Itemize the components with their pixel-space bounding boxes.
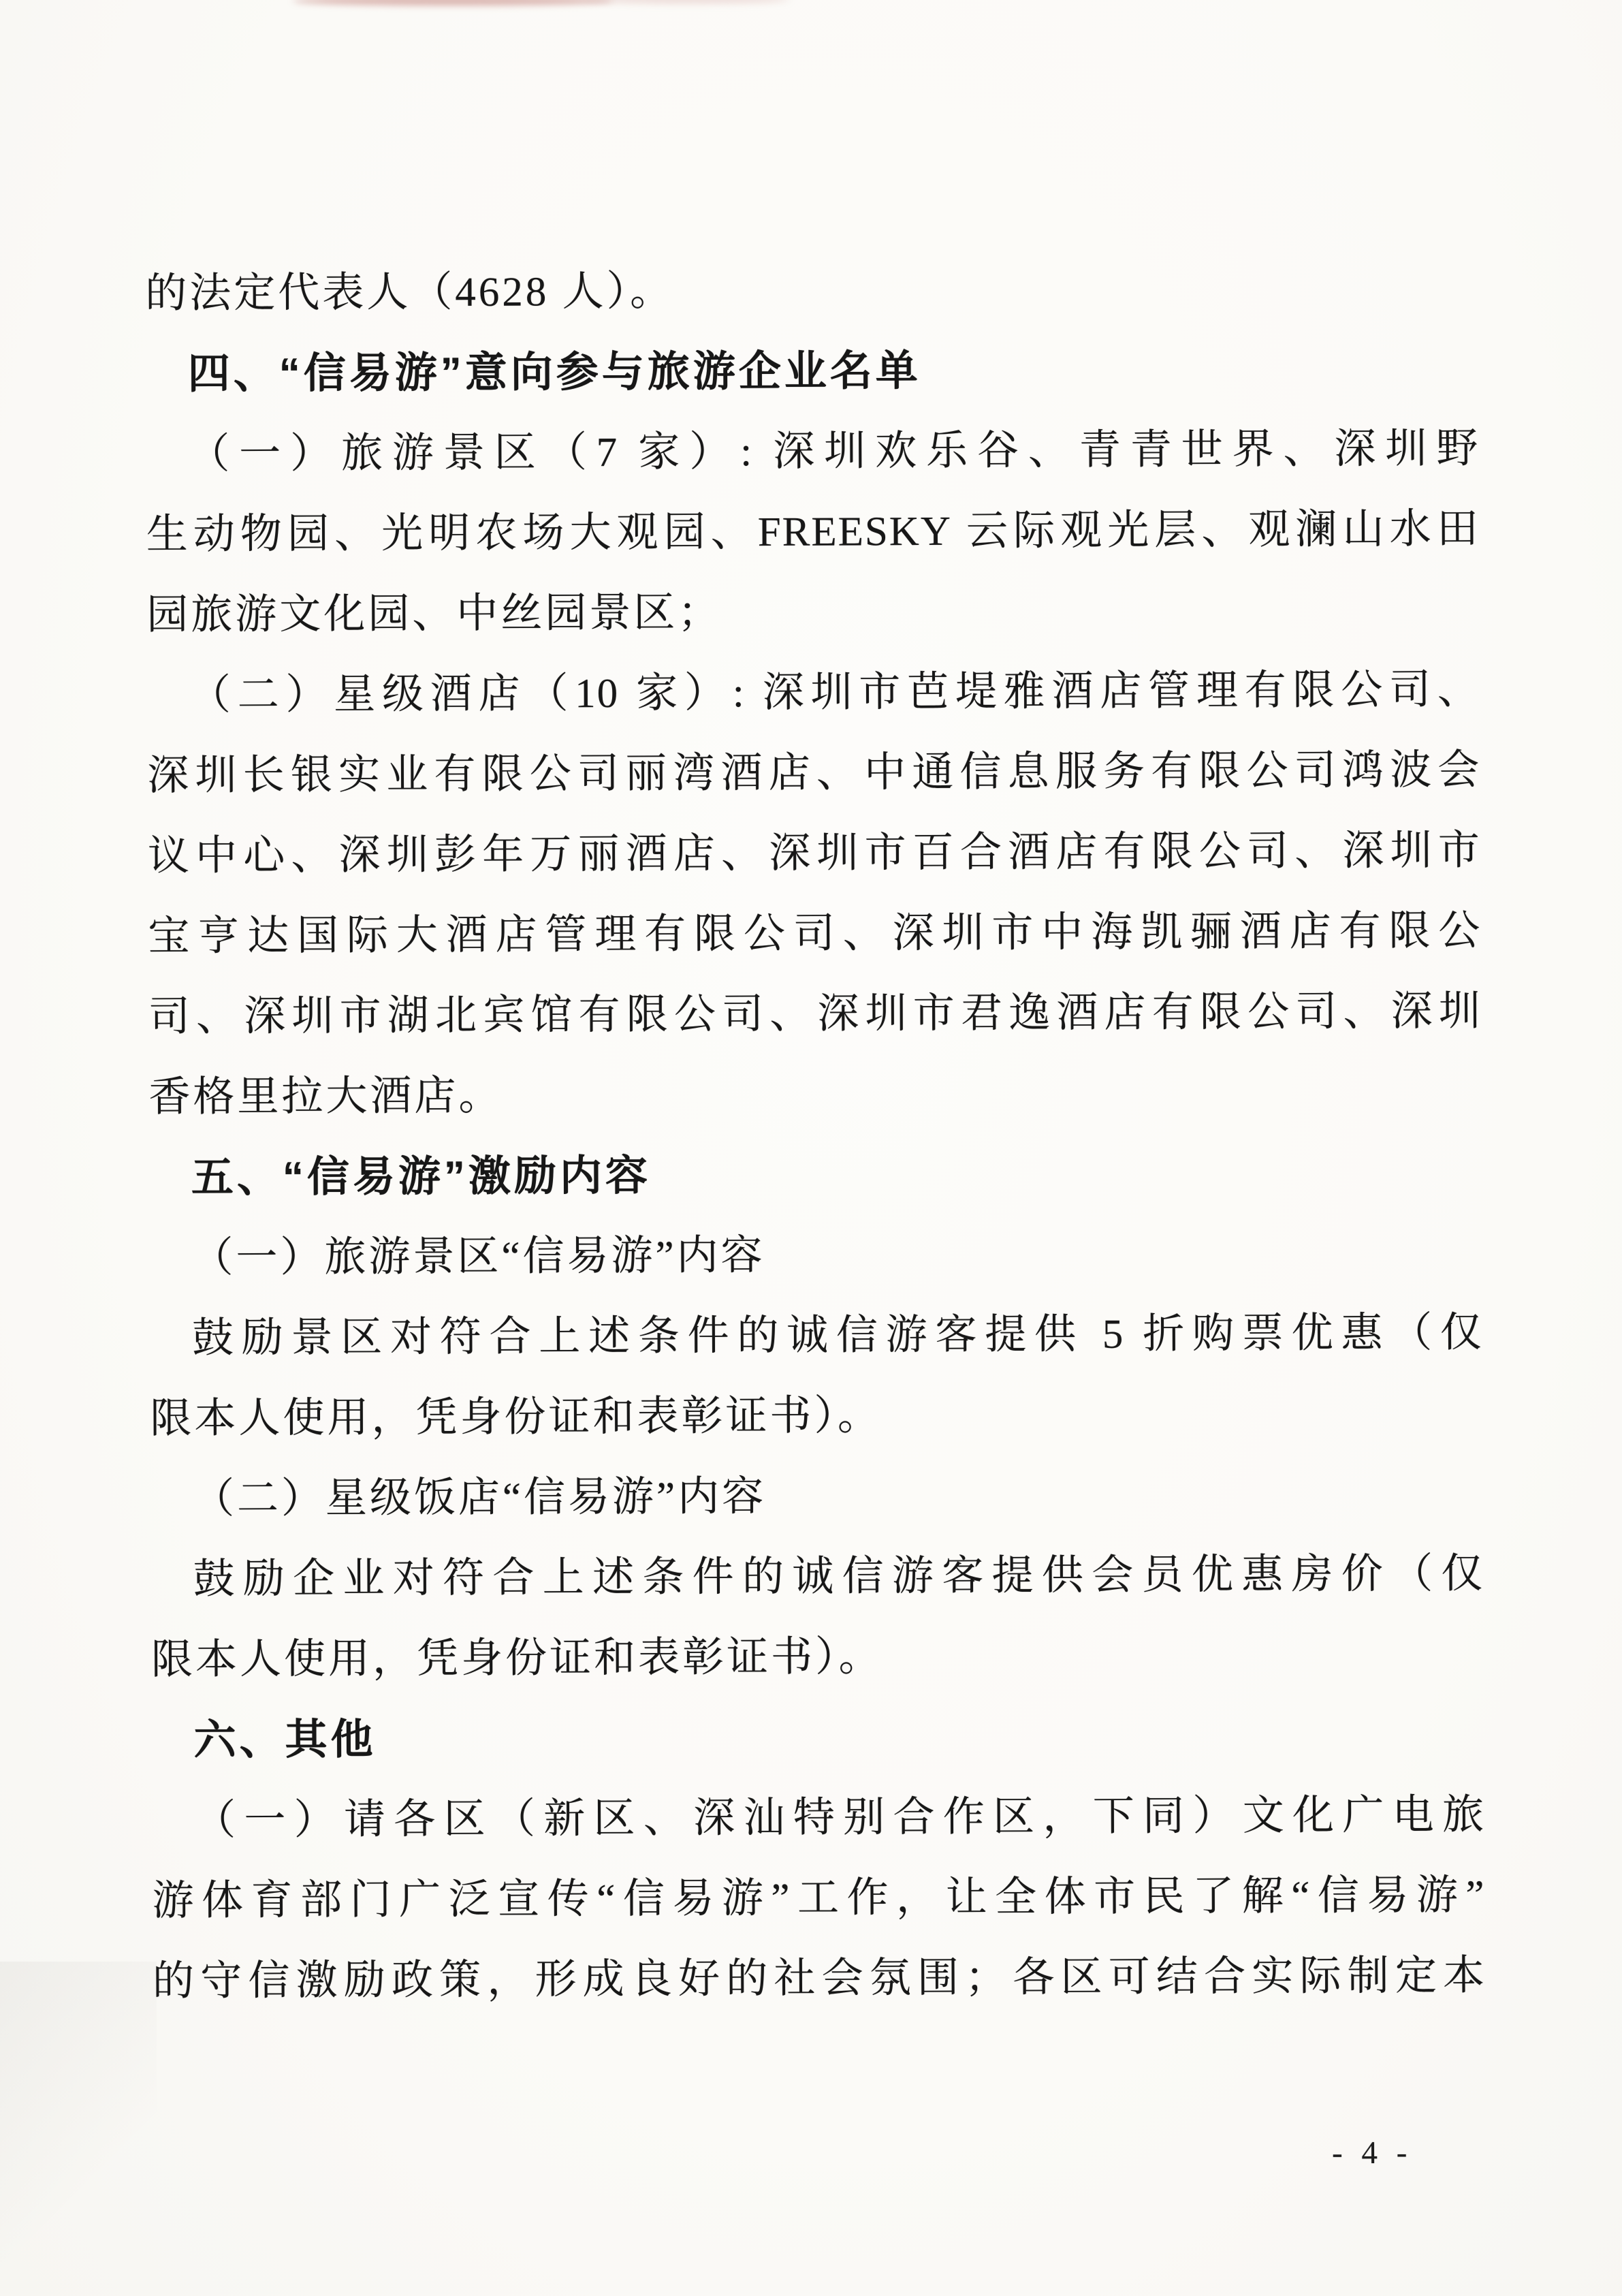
text-line: 的守信激励政策，形成良好的社会氛围；各区可结合实际制定本 xyxy=(153,1936,1486,2022)
text-line: 园旅游文化园、中丝园景区； xyxy=(146,569,1480,656)
text-line: 的法定代表人（4628 人）。 xyxy=(145,248,1478,334)
document-page: 的法定代表人（4628 人）。 四、“信易游”意向参与旅游企业名单 （一）旅游景… xyxy=(0,0,1622,2296)
text-line: 限本人使用，凭身份证和表彰证书）。 xyxy=(151,1614,1484,1701)
text-line: （一）请各区（新区、深汕特别合作区，下同）文化广电旅 xyxy=(152,1775,1485,1861)
scan-artifact-top-secondary xyxy=(586,0,790,3)
scan-shadow-bottom-left xyxy=(0,1962,157,2296)
text-line: 限本人使用，凭身份证和表彰证书）。 xyxy=(150,1373,1483,1460)
heading-section-6: 六、其他 xyxy=(151,1695,1484,1781)
text-line: 深圳长银实业有限公司丽湾酒店、中通信息服务有限公司鸿波会 xyxy=(147,730,1480,817)
text-line: 鼓励企业对符合上述条件的诚信游客提供会员优惠房价（仅 xyxy=(150,1534,1484,1620)
text-line: 宝亨达国际大酒店管理有限公司、深圳市中海凯骊酒店有限公 xyxy=(148,891,1481,977)
text-line: （一）旅游景区（7 家）: 深圳欢乐谷、青青世界、深圳野 xyxy=(146,409,1479,495)
document-body: 的法定代表人（4628 人）。 四、“信易游”意向参与旅游企业名单 （一）旅游景… xyxy=(145,248,1486,2022)
heading-section-5: 五、“信易游”激励内容 xyxy=(149,1132,1482,1218)
text-line: 生动物园、光明农场大观园、FREESKY 云际观光层、观澜山水田 xyxy=(146,489,1480,576)
text-line: 议中心、深圳彭年万丽酒店、深圳市百合酒店有限公司、深圳市 xyxy=(148,811,1481,897)
scan-artifact-top xyxy=(293,0,613,5)
text-line: （二）星级酒店（10 家）: 深圳市芭堤雅酒店管理有限公司、 xyxy=(147,650,1480,736)
text-line: 香格里拉大酒店。 xyxy=(148,1052,1482,1138)
text-line: 司、深圳市湖北宾馆有限公司、深圳市君逸酒店有限公司、深圳 xyxy=(148,971,1482,1058)
text-line: （二）星级饭店“信易游”内容 xyxy=(150,1453,1484,1540)
text-line: 鼓励景区对符合上述条件的诚信游客提供 5 折购票优惠（仅 xyxy=(150,1293,1483,1379)
text-line: （一）旅游景区“信易游”内容 xyxy=(149,1212,1482,1299)
page-number: - 4 - xyxy=(1332,2135,1413,2172)
heading-section-4: 四、“信易游”意向参与旅游企业名单 xyxy=(146,328,1479,415)
text-line: 游体育部门广泛宣传“信易游”工作，让全体市民了解“信易游” xyxy=(152,1855,1485,1942)
